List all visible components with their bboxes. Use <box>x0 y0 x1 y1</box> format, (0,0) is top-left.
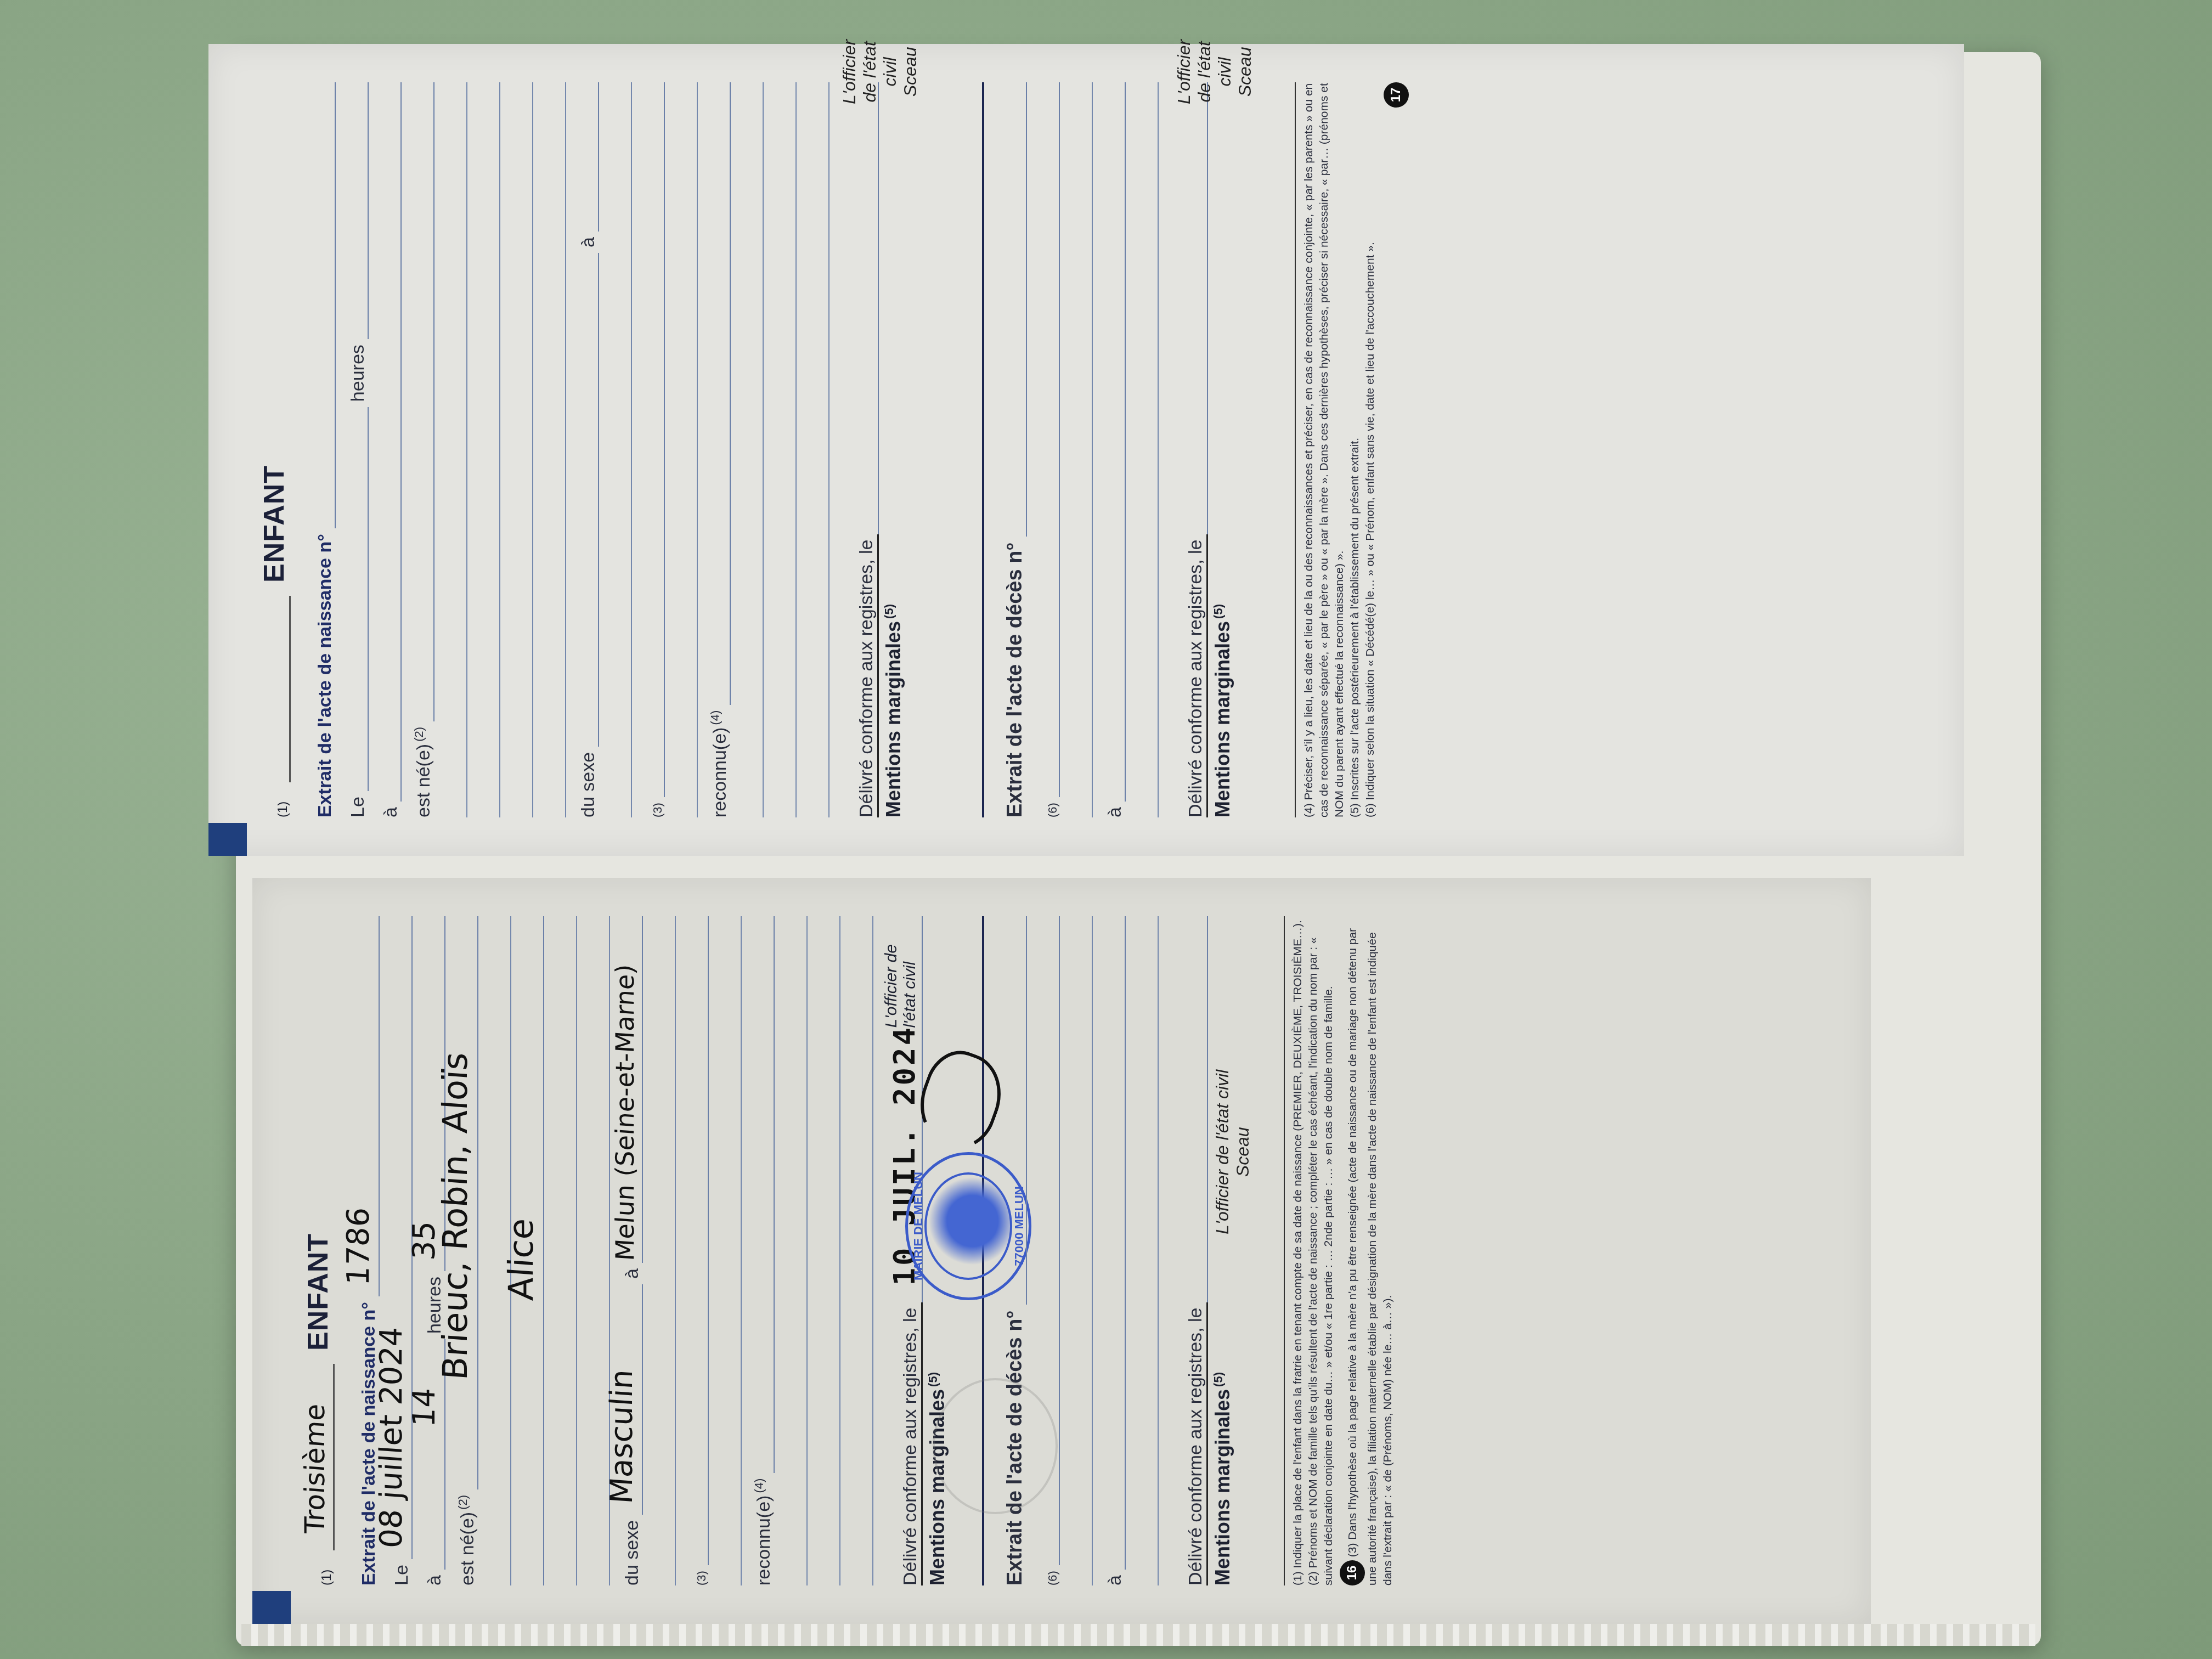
form-line <box>500 82 533 817</box>
form-line <box>435 82 467 817</box>
form-line <box>764 82 797 817</box>
birth-date-field[interactable] <box>343 407 369 791</box>
page-heading: ENFANT <box>258 465 291 583</box>
death-place-field[interactable] <box>1101 82 1126 802</box>
form-line[interactable] <box>684 916 709 1565</box>
reconnu-field[interactable] <box>706 82 731 705</box>
birth-place-field[interactable]: Melun (Seine-et-Marne) <box>618 916 643 1263</box>
form-line <box>665 82 698 817</box>
family-name-value: Alice <box>501 1217 541 1301</box>
form-line <box>797 82 830 817</box>
given-names-field[interactable] <box>409 82 435 721</box>
note-3: (3) <box>651 797 665 817</box>
est-ne-label: est né(e) <box>413 744 434 817</box>
page-number: 17 <box>1384 82 1409 108</box>
minutes-field[interactable] <box>343 82 369 339</box>
form-line <box>1060 82 1093 817</box>
footnote-5: (5) Inscrites sur l'acte postérieurement… <box>1347 82 1363 817</box>
footnotes: (1) Indiquer la place de l'enfant dans l… <box>1284 916 1396 1585</box>
marginal-note: (5) <box>882 604 896 619</box>
place-a-label: à <box>622 1263 643 1284</box>
death-seal-label: Sceau <box>1233 1070 1253 1234</box>
heures-label: heures <box>347 339 369 407</box>
death-title: Extrait de l'acte de décès n° <box>1003 537 1027 817</box>
death-delivery-field[interactable] <box>1183 82 1208 534</box>
footnote-4: (4) Préciser, s'il y a lieu, les date et… <box>1301 82 1347 817</box>
sexe-value: Masculin <box>604 1368 640 1505</box>
note-6: (6) <box>1046 797 1060 817</box>
footnotes: (4) Préciser, s'il y a lieu, les date et… <box>1295 82 1409 817</box>
a-label: à <box>380 802 402 817</box>
death-extract: Extrait de l'acte de décès n° (6) à Déli… <box>982 82 1295 817</box>
birth-place-field[interactable] <box>574 82 599 232</box>
seal-label: Sceau <box>900 39 921 104</box>
form-line <box>1060 916 1093 1585</box>
delivery-label: Délivré conforme aux registres, le <box>900 1302 923 1585</box>
marginal-note: (5) <box>926 1372 940 1387</box>
form-line <box>467 82 500 817</box>
stamp-top-text: MAIRIE DE MELUN <box>911 1155 926 1297</box>
sexe-field[interactable] <box>574 253 599 747</box>
form-line <box>1126 916 1159 1585</box>
form-line <box>599 82 632 817</box>
booklet-spread: (1) Troisième ENFANT Extrait de l'acte d… <box>0 0 2212 1659</box>
officer-label: L'officier de l'état civil <box>882 916 919 1028</box>
death-marginal-label: Mentions marginales <box>1211 1389 1234 1585</box>
est-ne-note: (2) <box>412 727 426 742</box>
given-names-value: Brieuc, Robin, Aloïs <box>435 1051 475 1381</box>
a-label: à <box>424 1570 445 1585</box>
form-line <box>775 916 808 1585</box>
est-ne-note: (2) <box>456 1495 470 1510</box>
death-delivery-label: Délivré conforme aux registres, le <box>1185 1302 1208 1585</box>
form-line <box>840 916 873 1585</box>
stamp-emblem <box>924 1172 1012 1280</box>
birth-place-value: Melun (Seine-et-Marne) <box>610 963 640 1262</box>
form-line[interactable] <box>640 82 665 797</box>
form-line <box>533 82 566 817</box>
rank-value: Troisième <box>299 1403 331 1535</box>
child-header: (1) Troisième ENFANT <box>285 916 335 1585</box>
death-place-field[interactable] <box>1101 916 1126 1570</box>
reconnu-note: (4) <box>752 1479 766 1493</box>
death-officer-label: L'officier de l'état civil <box>1174 39 1235 104</box>
marginal-label: Mentions marginales <box>882 621 905 817</box>
form-line <box>731 82 764 817</box>
birth-title: Extrait de l'acte de naissance n° <box>314 528 336 817</box>
death-seal-label: Sceau <box>1235 39 1255 104</box>
rank-field[interactable] <box>256 596 291 782</box>
sexe-label: du sexe <box>578 747 599 817</box>
sexe-field[interactable]: Masculin <box>618 1284 643 1515</box>
reconnu-label: reconnu(e) <box>753 1496 774 1585</box>
le-label: Le <box>347 791 369 817</box>
reconnu-note: (4) <box>708 710 722 725</box>
rank-field[interactable]: Troisième <box>300 1364 335 1550</box>
birth-extract: Extrait de l'acte de naissance n° Leheur… <box>303 82 949 817</box>
est-ne-label: est né(e)(2) <box>456 1489 478 1585</box>
footnote-6: (6) Indiquer selon la situation « Décédé… <box>1363 82 1378 817</box>
place-a-label: à <box>578 232 599 253</box>
ordinal-note: (1) <box>319 1564 335 1585</box>
footnote-3: (3) Dans l'hypothèse où la page relative… <box>1346 928 1394 1585</box>
delivery-label: Délivré conforme aux registres, le <box>856 534 879 817</box>
footnote-2: (2) Prénoms et NOM de famille tels qu'il… <box>1306 916 1336 1585</box>
act-number-value: 1786 <box>341 1206 376 1286</box>
ordinal-note: (1) <box>275 795 291 817</box>
death-delivery-field[interactable] <box>1183 916 1208 1302</box>
note-3: (3) <box>695 1565 709 1585</box>
reconnu-label: reconnu(e) <box>709 727 730 817</box>
death-detail-field[interactable] <box>1035 916 1060 1565</box>
officer: L'officier de l'état civilSceau <box>839 39 921 104</box>
sexe-label: du sexe <box>622 1515 643 1585</box>
act-number-field[interactable]: 1786 <box>354 916 380 1296</box>
form-line <box>808 916 840 1585</box>
death-officer: L'officier de l'état civilSceau <box>1212 1070 1253 1234</box>
birth-extract: Extrait de l'acte de naissance n° 1786 L… <box>347 916 949 1585</box>
death-marginal-note: (5) <box>1211 1372 1225 1387</box>
delivery-date-field[interactable] <box>854 82 879 534</box>
est-ne-text: est né(e) <box>457 1512 478 1585</box>
form-line <box>643 916 676 1585</box>
death-marginal-label: Mentions marginales <box>1211 621 1234 817</box>
death-a-label: à <box>1104 1570 1126 1585</box>
left-page: (1) Troisième ENFANT Extrait de l'acte d… <box>252 878 1871 1624</box>
death-delivery-label: Délivré conforme aux registres, le <box>1185 534 1208 817</box>
death-number-field[interactable] <box>1002 916 1027 1305</box>
footnote-1: (1) Indiquer la place de l'enfant dans l… <box>1290 916 1306 1585</box>
form-line <box>709 916 742 1585</box>
child-header: (1) ENFANT <box>241 82 291 817</box>
page-heading: ENFANT <box>302 1233 335 1351</box>
page-corner-tab <box>252 1591 291 1624</box>
death-detail-field[interactable] <box>1035 82 1060 797</box>
given-names-field[interactable]: Brieuc, Robin, Aloïs <box>453 916 478 1489</box>
page-corner-tab <box>208 823 247 856</box>
right-page: (1) ENFANT Extrait de l'acte de naissanc… <box>208 44 1964 856</box>
note-6: (6) <box>1046 1565 1060 1585</box>
hour-value: 14 <box>407 1387 442 1429</box>
family-name-field[interactable]: Alice <box>519 916 544 1585</box>
death-a-label: à <box>1104 802 1126 817</box>
form-line <box>1126 82 1159 817</box>
birth-date-value: 08 juillet 2024 <box>374 1325 409 1549</box>
death-officer: L'officier de l'état civilSceau <box>1174 39 1255 104</box>
death-number-field[interactable] <box>1002 82 1027 537</box>
form-line <box>544 916 577 1585</box>
hour-field[interactable] <box>376 82 402 802</box>
death-marginal-note: (5) <box>1211 604 1225 619</box>
act-number-field[interactable] <box>311 82 336 528</box>
page-number: 16 <box>1340 1560 1365 1585</box>
le-label: Le <box>391 1559 413 1585</box>
death-officer-label: L'officier de l'état civil <box>1212 1070 1233 1234</box>
reconnu-field[interactable] <box>749 916 775 1473</box>
officer-label: L'officier de l'état civil <box>839 39 900 104</box>
